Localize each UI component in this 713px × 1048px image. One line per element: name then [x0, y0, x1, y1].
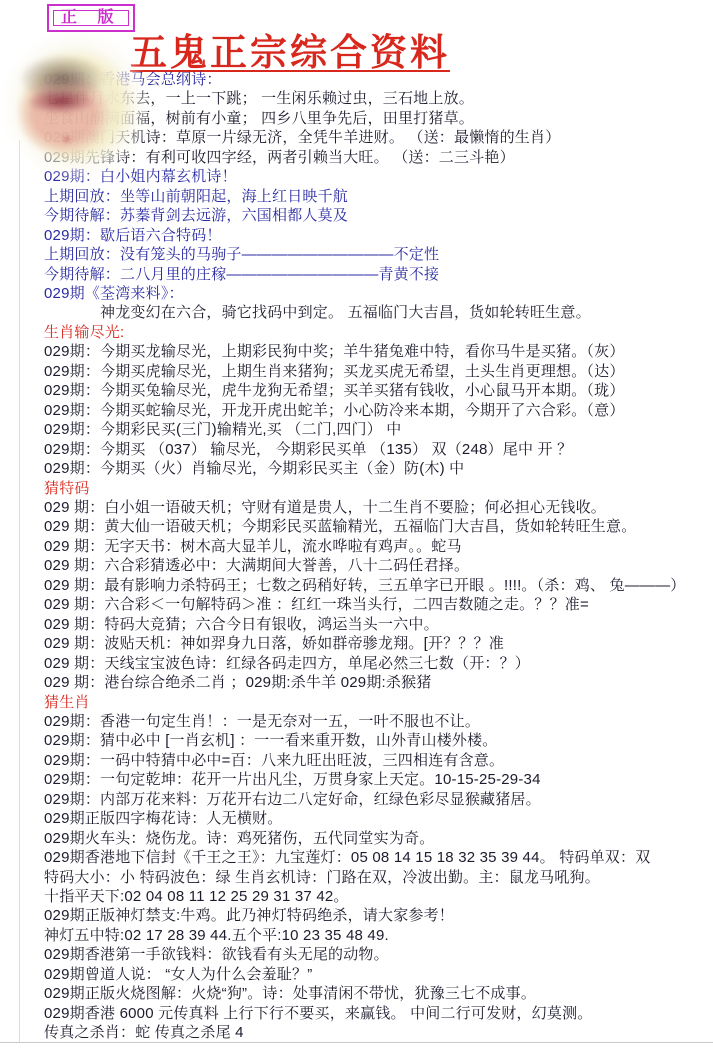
- authentic-stamp-label: 正 版: [61, 9, 121, 26]
- text-line: 029 期：波贴天机：神如羿身九日落，娇如群帝骖龙翔。[开？？？准: [44, 634, 711, 653]
- text-line: 特码大小：小 特码波色：绿 生肖玄机诗：门路在双，冷波出勤。主：鼠龙马吼狗。: [44, 868, 711, 887]
- text-line: 029期正版火烧图解：火烧“狗”。诗：处事清闲不带忧，犹豫三七不成事。: [44, 984, 711, 1003]
- text-line: 029期香港第一手欲钱料：欲钱看有头无尾的动物。: [44, 945, 711, 964]
- text-line: 029期先锋诗：有利可收四字经，两者引赖当大旺。 （送：二三斗艳）: [44, 148, 711, 167]
- text-line: 029期：一码中特猜中必中=百：八来九旺出旺波，三四相连有含意。: [44, 751, 711, 770]
- text-line: 029 期：黄大仙一语破天机；今期彩民买蓝输精光，五福临门大吉昌，货如轮转旺生意…: [44, 517, 711, 536]
- text-line: 上期回放：坐等山前朝阳起，海上红日映千航: [44, 187, 711, 206]
- author-photo: [0, 30, 152, 182]
- text-line: 029期《荃湾来料》：: [44, 284, 711, 303]
- text-line: 029 期：特码大竞猜；六合今日有银收，鸿运当头一六中。: [44, 615, 711, 634]
- text-line: 029期正版神灯禁支:牛鸡。此乃神灯特码绝杀，请大家参考！: [44, 906, 711, 925]
- text-line: 029期：歇后语六合特码！: [44, 226, 711, 245]
- text-line: 029期：一句定乾坤：花开一片出凡尘，万贯身家上天定。10-15-25-29-3…: [44, 770, 711, 789]
- text-line: 029期：今期买龙输尽光，上期彩民狗中奖；羊牛猪兔难中特，看你马牛是买猪。（灰）: [44, 342, 711, 361]
- authentic-stamp: 正 版: [47, 4, 135, 32]
- text-line: 029期：今期彩民买(三门)输精光,买 （二门,四门） 中: [44, 420, 711, 439]
- text-line: 029期：今期买兔输尽光，虎牛龙狗无希望；买羊买猪有钱收，小心鼠马开本期。（珑）: [44, 381, 711, 400]
- section-header: 猜特码: [44, 479, 711, 498]
- text-line: 神龙变幻在六合，骑它找码中到定。 五福临门大吉昌，货如轮转旺生意。: [44, 303, 711, 322]
- text-line: 传真之杀肖：蛇 传真之杀尾 4: [44, 1023, 711, 1042]
- page-title: 五鬼正宗综合资料: [130, 22, 450, 76]
- text-line: 029期：猜中必中 [一肖玄机] ：一一看来重开数，山外青山楼外楼。: [44, 731, 711, 750]
- text-line: 神灯五中特:02 17 28 39 44.五个平:10 23 35 48 49.: [44, 926, 711, 945]
- text-line: 029期：内部万花来料：万花开右边二八定好命，红绿色彩尽显猴藏猪居。: [44, 790, 711, 809]
- text-line: 十指平天下:02 04 08 11 12 25 29 31 37 42。: [44, 887, 711, 906]
- text-line: 029 期：六合彩＜一句解特码＞准 ：红红一珠当头行，二四吉数随之走。？？准=: [44, 595, 711, 614]
- text-line: 029期香港地下信封《千王之王》：九宝莲灯：05 08 14 15 18 32 …: [44, 848, 711, 867]
- left-divider: [19, 140, 20, 1042]
- text-line: 029 期：无字天书：树木高大显羊儿，流水哗啦有鸡声。。蛇马: [44, 537, 711, 556]
- text-line: 029期香港 6000 元传真料 上行下行不要买，来赢钱。 中间二行可发财，幻莫…: [44, 1004, 711, 1023]
- text-line: 今期待解：苏蓁背剑去远游，六国相都人莫及: [44, 206, 711, 225]
- text-line: 029 期：天线宝宝波色诗：红绿各码走四方，单尾必然三七数（开：？）: [44, 654, 711, 673]
- text-line: 029期：白小姐内幕玄机诗！: [44, 167, 711, 186]
- text-line: 上期回放：没有笼头的马驹子——————————不定性: [44, 245, 711, 264]
- text-line: 029期：今期买（火）肖输尽光，今期彩民买主（金）防(木) 中: [44, 459, 711, 478]
- text-line: 029期曾道人说： “女人为什么会羞耻？”: [44, 965, 711, 984]
- text-line: 029期：今期买 （037） 输尽光， 今期彩民买单 （135） 双（248）尾…: [44, 440, 711, 459]
- text-line: 029 期：港台综合绝杀二肖 ；029期:杀牛羊 029期:杀猴猪: [44, 673, 711, 692]
- text-line: 029期：今期买虎输尽光，上期生肖来猪狗；买龙买虎无希望，土头生肖更理想。（达）: [44, 362, 711, 381]
- text-line: 029期火车头：烧伤龙。诗：鸡死猪伤，五代同堂实为奇。: [44, 829, 711, 848]
- page: 正 版 五鬼正宗综合资料 029期：香港马会总纲诗：七星伴月水东去，一上一下跳；…: [0, 0, 713, 1048]
- text-line: 029期正版四字梅花诗：人无横财。: [44, 809, 711, 828]
- text-line: 今期待解：二八月里的庄稼——————————青黄不接: [44, 265, 711, 284]
- text-line: 029 期：白小姐一语破天机；守财有道是贵人，十二生肖不要脸；何必担心无钱收。: [44, 498, 711, 517]
- text-line: 029 期：最有影响力杀特码王；七数之码稍好转，三五单字已开眼 。!!!!。（杀…: [44, 576, 711, 595]
- text-line: 029 期：六合彩猜透必中：大满期间大誉善，八十二码任君择。: [44, 556, 711, 575]
- section-header: 猜生肖: [44, 693, 711, 712]
- text-line: 029期：香港一句定生肖！：一是无奈对一五，一叶不服也不让。: [44, 712, 711, 731]
- section-header: 生肖输尽光:: [44, 323, 711, 342]
- content-lines: 029期：香港马会总纲诗：七星伴月水东去，一上一下跳； 一生闲乐赖过虫，三石地上…: [44, 70, 711, 1043]
- text-line: 029期：今期买蛇输尽光，开龙开虎出蛇羊；小心防冷来本期，今期开了六合彩。（意）: [44, 401, 711, 420]
